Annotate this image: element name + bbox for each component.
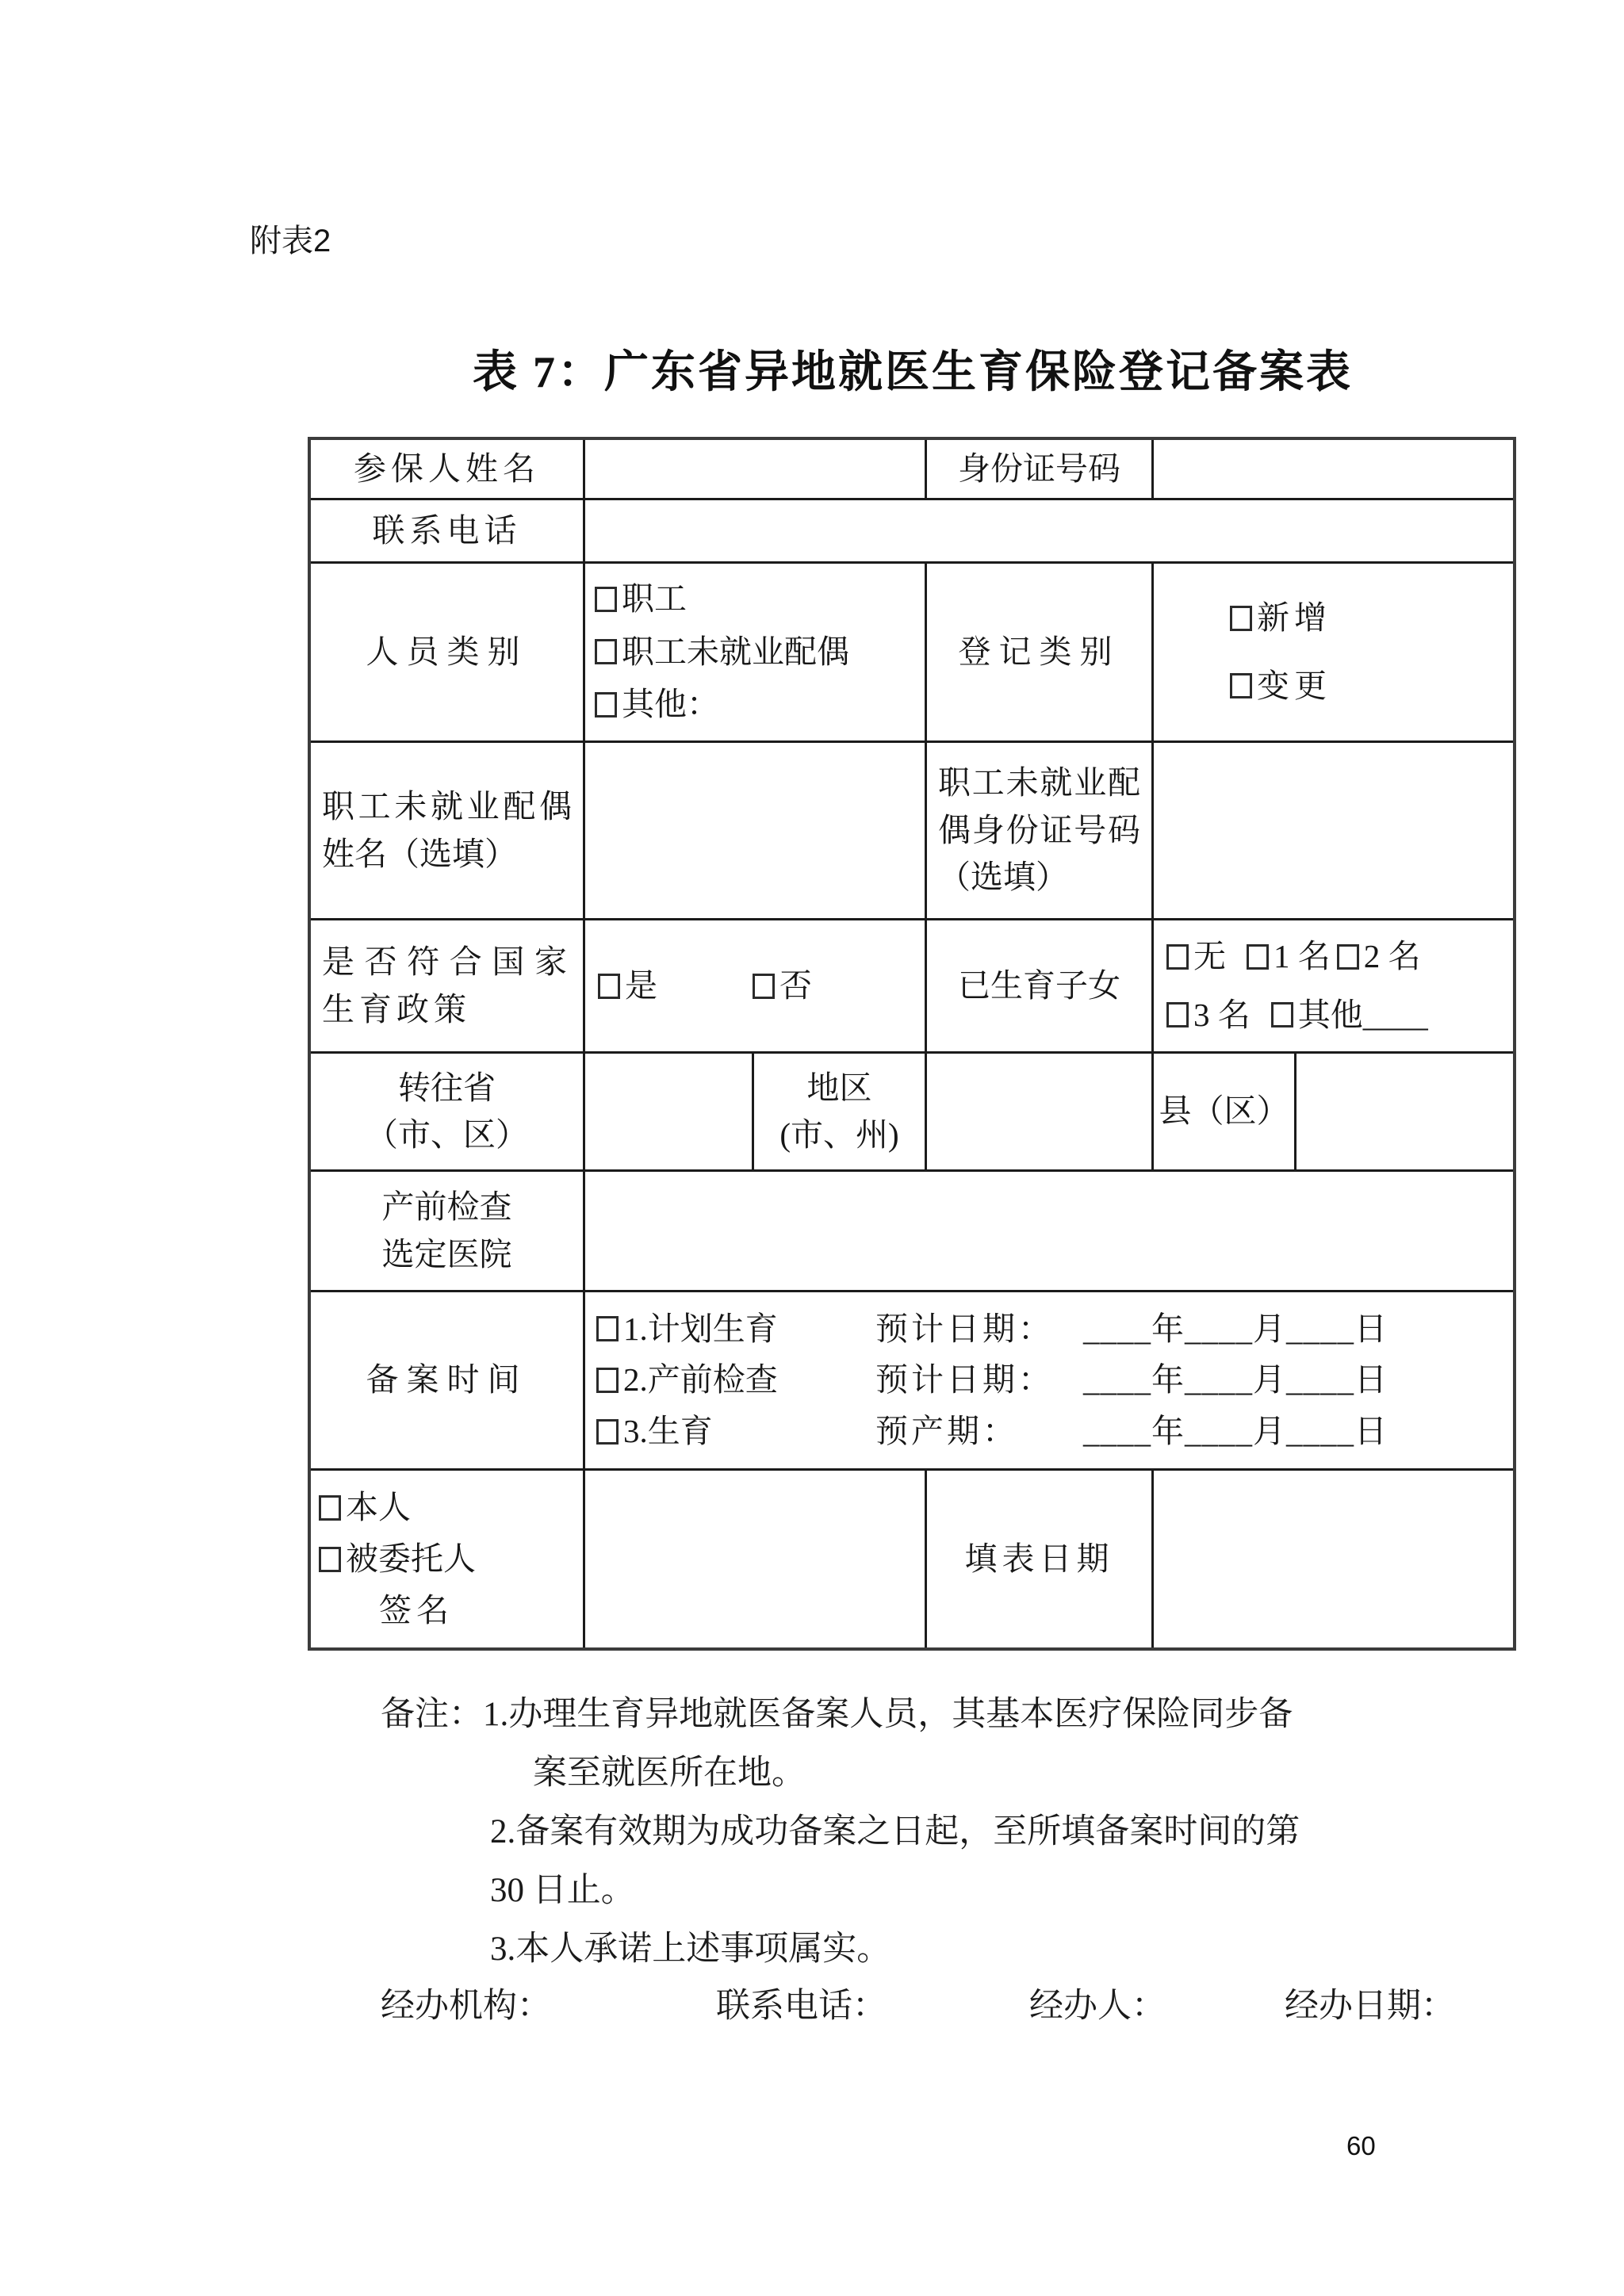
option-label: 1 名 <box>1274 933 1331 980</box>
option-label: 1.计划生育 <box>623 1306 778 1353</box>
table-row: 是否符合国家生育政策 是 否 已生育子女 无 1 名 <box>311 920 1513 1054</box>
checkbox-icon[interactable] <box>753 974 775 999</box>
option-label: 本人 <box>346 1484 411 1531</box>
label-line: 转往省 <box>398 1065 496 1112</box>
note-line-4: 30 日止。 <box>381 1862 1554 1920</box>
signature-input[interactable] <box>585 1471 927 1647</box>
children-options-line1: 无 1 名 2 名 <box>1166 933 1427 980</box>
table-row: 备案时间 1.计划生育 预计日期： ____年____月____日 2.产前检查… <box>311 1292 1513 1471</box>
fill-date-label: 填表日期 <box>927 1471 1154 1647</box>
date-label: 预计日期： <box>875 1306 1083 1353</box>
id-number-input[interactable] <box>1154 440 1513 498</box>
person-type-label: 人员类别 <box>311 564 585 740</box>
table-row: 产前检查 选定医院 <box>311 1172 1513 1292</box>
option-label: 3 名 <box>1193 992 1251 1039</box>
option-label: 否 <box>779 962 812 1009</box>
signature-label-cell: 本人 被委托人 签名 <box>311 1471 585 1647</box>
spouse-name-input[interactable] <box>585 743 927 918</box>
checkbox-icon[interactable] <box>319 1547 341 1572</box>
person-type-options: 职工 职工未就业配偶 其他： <box>585 564 927 740</box>
date-blank-line[interactable]: ____年____月____日 <box>1083 1357 1388 1403</box>
annex-label: 附表2 <box>250 216 331 261</box>
note-line-1: 备注： 1.办理生育异地就医备案人员，其基本医疗保险同步备 <box>381 1686 1554 1744</box>
handling-footer: 经办机构： 联系电话： 经办人： 经办日期： <box>0 1979 1624 2026</box>
notes-label: 备注： <box>381 1686 483 1744</box>
option-label: 其他____ <box>1298 992 1428 1039</box>
option-label: 新增 <box>1257 595 1331 641</box>
transfer-province-label: 转往省 （市、区） <box>311 1054 585 1169</box>
children-option-one[interactable]: 1 名 <box>1247 933 1331 980</box>
phone-label: 联系电话 <box>311 500 585 561</box>
checkbox-icon[interactable] <box>596 1368 619 1393</box>
checkbox-icon[interactable] <box>596 1316 619 1341</box>
person-type-option-other[interactable]: 其他： <box>595 681 719 728</box>
signature-option-delegate[interactable]: 被委托人 <box>319 1536 476 1582</box>
option-label: 3.生育 <box>623 1408 713 1455</box>
record-time-label: 备案时间 <box>311 1292 585 1468</box>
checkbox-icon[interactable] <box>1337 944 1359 970</box>
option-label: 职工未就业配偶 <box>622 629 849 675</box>
register-type-label: 登记类别 <box>927 564 1154 740</box>
table-row: 职工未就业配偶姓名（选填） 职工未就业配偶身份证号码（选填） <box>311 743 1513 920</box>
spouse-name-label: 职工未就业配偶姓名（选填） <box>311 743 585 918</box>
transfer-district-input[interactable] <box>927 1054 1154 1169</box>
note-text: 1.办理生育异地就医备案人员，其基本医疗保险同步备 <box>483 1686 1293 1744</box>
checkbox-icon[interactable] <box>598 974 620 999</box>
children-option-three[interactable]: 3 名 <box>1166 992 1251 1039</box>
signature-option-self[interactable]: 本人 <box>319 1484 411 1531</box>
children-option-two[interactable]: 2 名 <box>1337 933 1421 980</box>
checkbox-icon[interactable] <box>319 1495 341 1521</box>
hospital-input[interactable] <box>585 1172 1513 1290</box>
children-option-other[interactable]: 其他____ <box>1271 992 1428 1039</box>
option-label: 被委托人 <box>346 1536 476 1582</box>
children-label: 已生育子女 <box>927 920 1154 1051</box>
page-number: 60 <box>1346 2131 1376 2161</box>
insured-name-input[interactable] <box>585 440 927 498</box>
children-option-none[interactable]: 无 <box>1166 933 1226 980</box>
record-time-item-prenatal-check: 2.产前检查 预计日期： ____年____月____日 <box>596 1357 1507 1403</box>
fill-date-input[interactable] <box>1154 1471 1513 1647</box>
agency-label: 经办机构： <box>381 1979 551 2027</box>
handling-date-label: 经办日期： <box>1285 1979 1455 2027</box>
spouse-id-input[interactable] <box>1154 743 1513 918</box>
date-blank-line[interactable]: ____年____月____日 <box>1083 1408 1388 1455</box>
person-type-option-employee[interactable]: 职工 <box>595 576 687 622</box>
record-time-options: 1.计划生育 预计日期： ____年____月____日 2.产前检查 预计日期… <box>585 1292 1513 1468</box>
checkbox-icon[interactable] <box>595 587 617 612</box>
note-line-5: 3.本人承诺上述事项属实。 <box>381 1920 1554 1979</box>
hospital-label: 产前检查 选定医院 <box>311 1172 585 1290</box>
transfer-county-input[interactable] <box>1297 1054 1513 1169</box>
transfer-district-label: 地区 (市、州) <box>754 1054 927 1169</box>
page-title: 表 7：广东省异地就医生育保险登记备案表 <box>309 337 1516 400</box>
checkbox-icon[interactable] <box>1271 1002 1293 1027</box>
option-label: 其他： <box>622 681 719 728</box>
checkbox-icon[interactable] <box>1166 944 1189 970</box>
table-row: 联系电话 <box>311 500 1513 564</box>
option-label: 是 <box>625 962 657 1009</box>
policy-options: 是 否 <box>585 920 927 1051</box>
label-line: (市、州) <box>779 1112 898 1158</box>
label-line: 选定医院 <box>382 1231 512 1278</box>
option-label: 变更 <box>1257 663 1331 710</box>
table-row: 转往省 （市、区） 地区 (市、州) 县（区） <box>311 1054 1513 1172</box>
insured-name-label: 参保人姓名 <box>311 440 585 498</box>
register-type-option-new[interactable]: 新增 <box>1230 595 1331 641</box>
note-line-2: 案至就医所在地。 <box>381 1744 1554 1803</box>
person-type-option-unemployed-spouse[interactable]: 职工未就业配偶 <box>595 629 849 675</box>
register-type-option-change[interactable]: 变更 <box>1230 663 1331 710</box>
policy-label: 是否符合国家生育政策 <box>311 920 585 1051</box>
transfer-county-label: 县（区） <box>1154 1054 1297 1169</box>
checkbox-icon[interactable] <box>1247 944 1269 970</box>
record-option[interactable]: 3.生育 <box>596 1408 875 1455</box>
policy-option-yes[interactable]: 是 <box>598 962 657 1009</box>
label-line: 产前检查 <box>382 1184 512 1230</box>
operator-label: 经办人： <box>1029 1979 1166 2027</box>
id-number-label: 身份证号码 <box>927 440 1154 498</box>
record-option[interactable]: 2.产前检查 <box>596 1357 875 1403</box>
table-row: 人员类别 职工 职工未就业配偶 其他： 登记类别 新增 变更 <box>311 564 1513 743</box>
registration-form-table: 参保人姓名 身份证号码 联系电话 人员类别 职工 职工未就业配偶 其他： 登记类… <box>308 437 1516 1651</box>
option-label: 2.产前检查 <box>623 1357 778 1403</box>
checkbox-icon[interactable] <box>595 639 617 664</box>
phone-input[interactable] <box>585 500 1513 561</box>
agency-phone-label: 联系电话： <box>716 1979 887 2027</box>
note-line-3: 2.备案有效期为成功备案之日起，至所填备案时间的第 <box>381 1803 1554 1862</box>
option-label: 2 名 <box>1364 933 1421 980</box>
register-type-options: 新增 变更 <box>1154 564 1513 740</box>
checkbox-icon[interactable] <box>1230 606 1252 631</box>
date-blank-line[interactable]: ____年____月____日 <box>1083 1306 1388 1353</box>
transfer-province-input[interactable] <box>585 1054 754 1169</box>
checkbox-icon[interactable] <box>1230 673 1252 698</box>
date-label: 预产期： <box>875 1408 1083 1455</box>
spouse-id-label: 职工未就业配偶身份证号码（选填） <box>927 743 1154 918</box>
record-time-item-birth: 3.生育 预产期： ____年____月____日 <box>596 1408 1507 1455</box>
date-label: 预计日期： <box>875 1357 1083 1403</box>
checkbox-icon[interactable] <box>596 1419 619 1445</box>
label-line: （市、区） <box>366 1112 528 1158</box>
option-label: 职工 <box>622 576 687 622</box>
policy-option-no[interactable]: 否 <box>753 962 812 1009</box>
checkbox-icon[interactable] <box>1166 1002 1189 1027</box>
option-label: 无 <box>1193 933 1226 980</box>
checkbox-icon[interactable] <box>595 692 617 717</box>
table-row: 参保人姓名 身份证号码 <box>311 440 1513 500</box>
record-time-item-planned-birth: 1.计划生育 预计日期： ____年____月____日 <box>596 1306 1507 1353</box>
table-row: 本人 被委托人 签名 填表日期 <box>311 1471 1513 1647</box>
sign-label: 签名 <box>379 1587 454 1634</box>
children-options: 无 1 名 2 名 3 名 其他____ <box>1154 920 1513 1051</box>
children-options-line2: 3 名 其他____ <box>1166 992 1434 1039</box>
record-option[interactable]: 1.计划生育 <box>596 1306 875 1353</box>
notes-section: 备注： 1.办理生育异地就医备案人员，其基本医疗保险同步备 案至就医所在地。 2… <box>381 1686 1554 1979</box>
label-line: 地区 <box>807 1065 872 1112</box>
